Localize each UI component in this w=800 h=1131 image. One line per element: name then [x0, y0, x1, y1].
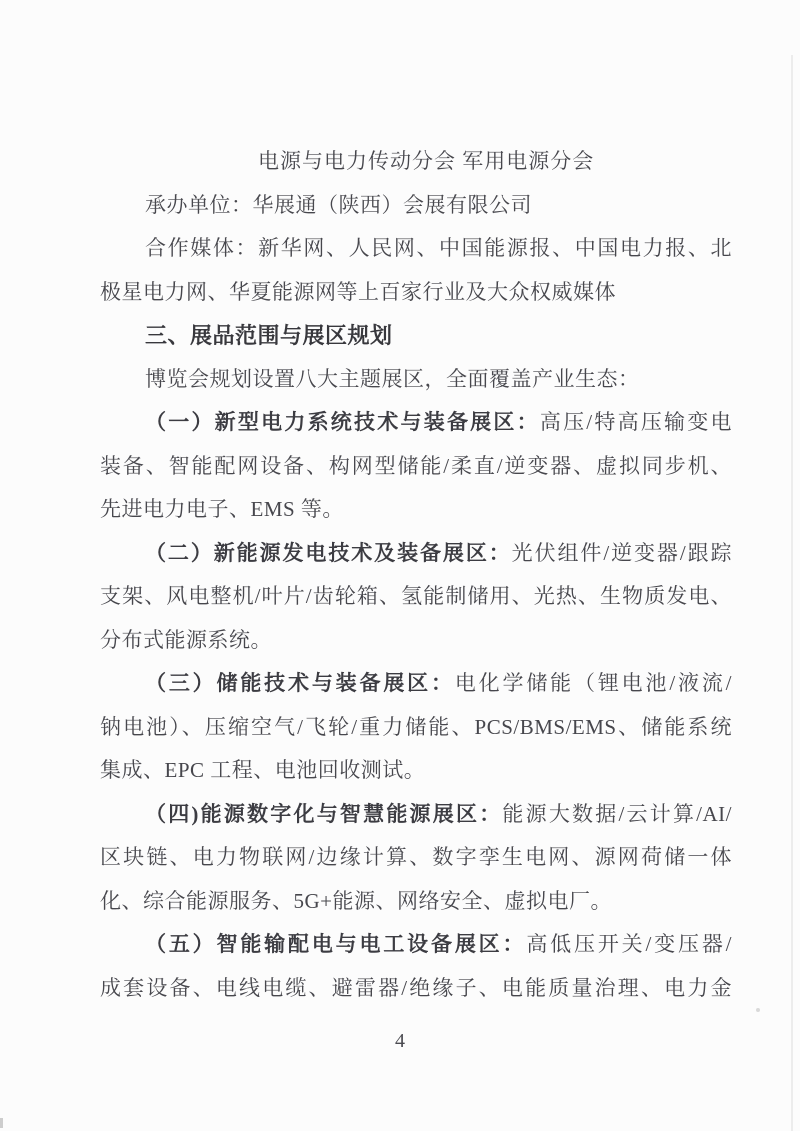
- zone4-heading: （四)能源数字化与智慧能源展区：: [145, 802, 502, 826]
- zone5-text: 高低压开关/变压器/: [526, 932, 732, 956]
- document-body: 电源与电力传动分会 军用电源分会 承办单位：华展通（陕西）会展有限公司 合作媒体…: [100, 140, 732, 1010]
- zone4-line-2: 区块链、电力物联网/边缘计算、数字孪生电网、源网荷储一体: [100, 836, 732, 880]
- zone4-line-3: 化、综合能源服务、5G+能源、网络安全、虚拟电厂。: [100, 880, 732, 924]
- zone3-heading: （三）储能技术与装备展区：: [145, 671, 455, 695]
- zone1-line-1: （一）新型电力系统技术与装备展区：高压/特高压输变电: [100, 401, 732, 445]
- zone5-line-2: 成套设备、电线电缆、避雷器/绝缘子、电能质量治理、电力金: [100, 967, 732, 1011]
- zone1-heading: （一）新型电力系统技术与装备展区：: [145, 410, 540, 434]
- zone2-heading: （二）新能源发电技术及装备展区：: [145, 541, 512, 565]
- page-number: 4: [0, 1030, 800, 1053]
- zone2-line-3: 分布式能源系统。: [100, 619, 732, 663]
- media-partners-line-2: 极星电力网、华夏能源网等上百家行业及大众权威媒体: [100, 271, 732, 315]
- zone1-line-3: 先进电力电子、EMS 等。: [100, 488, 732, 532]
- zone2-text: 光伏组件/逆变器/跟踪: [512, 541, 732, 565]
- zone5-line-1: （五）智能输配电与电工设备展区：高低压开关/变压器/: [100, 923, 732, 967]
- zone1-line-2: 装备、智能配网设备、构网型储能/柔直/逆变器、虚拟同步机、: [100, 445, 732, 489]
- branch-associations-line: 电源与电力传动分会 军用电源分会: [258, 140, 732, 184]
- zone4-text: 能源大数据/云计算/AI/: [502, 802, 732, 826]
- intro-line: 博览会规划设置八大主题展区，全面覆盖产业生态：: [100, 358, 732, 402]
- scan-speck: [0, 1118, 3, 1128]
- zone3-text: 电化学储能（锂电池/液流/: [455, 671, 732, 695]
- media-partners-line-1: 合作媒体：新华网、人民网、中国能源报、中国电力报、北: [100, 227, 732, 271]
- zone1-text: 高压/特高压输变电: [540, 410, 732, 434]
- scan-edge-artifact: [791, 55, 793, 1131]
- zone2-line-1: （二）新能源发电技术及装备展区：光伏组件/逆变器/跟踪: [100, 532, 732, 576]
- scanned-document-page: 电源与电力传动分会 军用电源分会 承办单位：华展通（陕西）会展有限公司 合作媒体…: [0, 0, 800, 1131]
- zone2-line-2: 支架、风电整机/叶片/齿轮箱、氢能制储用、光热、生物质发电、: [100, 575, 732, 619]
- scan-speck: [756, 1008, 760, 1012]
- section-heading: 三、展品范围与展区规划: [100, 314, 732, 358]
- zone4-line-1: （四)能源数字化与智慧能源展区：能源大数据/云计算/AI/: [100, 793, 732, 837]
- zone5-heading: （五）智能输配电与电工设备展区：: [145, 932, 526, 956]
- zone3-line-2: 钠电池）、压缩空气/飞轮/重力储能、PCS/BMS/EMS、储能系统: [100, 706, 732, 750]
- zone3-line-1: （三）储能技术与装备展区：电化学储能（锂电池/液流/: [100, 662, 732, 706]
- zone3-line-3: 集成、EPC 工程、电池回收测试。: [100, 749, 732, 793]
- organizer-line: 承办单位：华展通（陕西）会展有限公司: [100, 184, 732, 228]
